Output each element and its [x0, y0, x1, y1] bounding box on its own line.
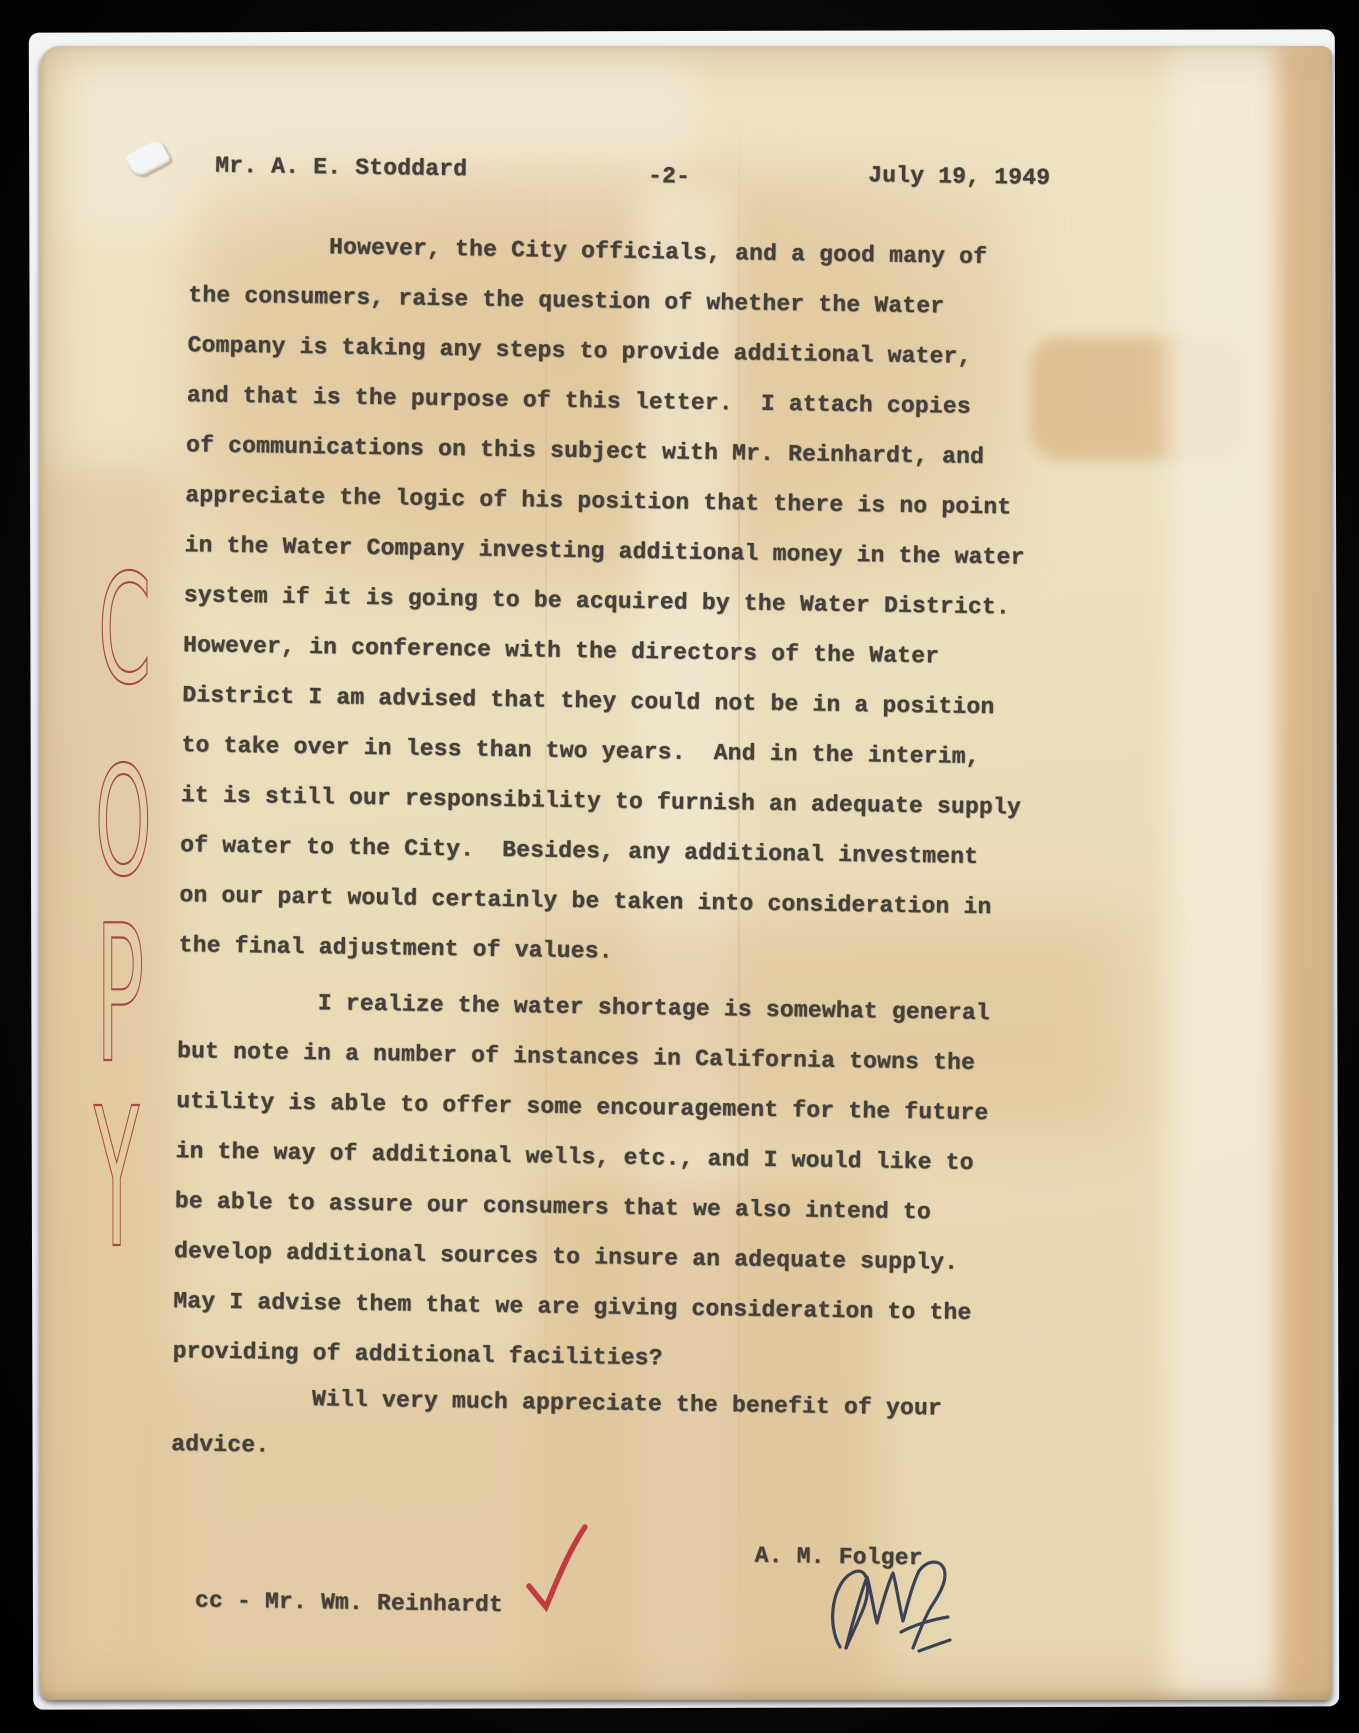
scanned-letter-photo: C O P Y Mr. A. E. Stoddard -2- July 19, … — [0, 0, 1359, 1733]
paper-vignette — [40, 46, 1332, 1700]
letter-page: C O P Y Mr. A. E. Stoddard -2- July 19, … — [40, 46, 1332, 1700]
